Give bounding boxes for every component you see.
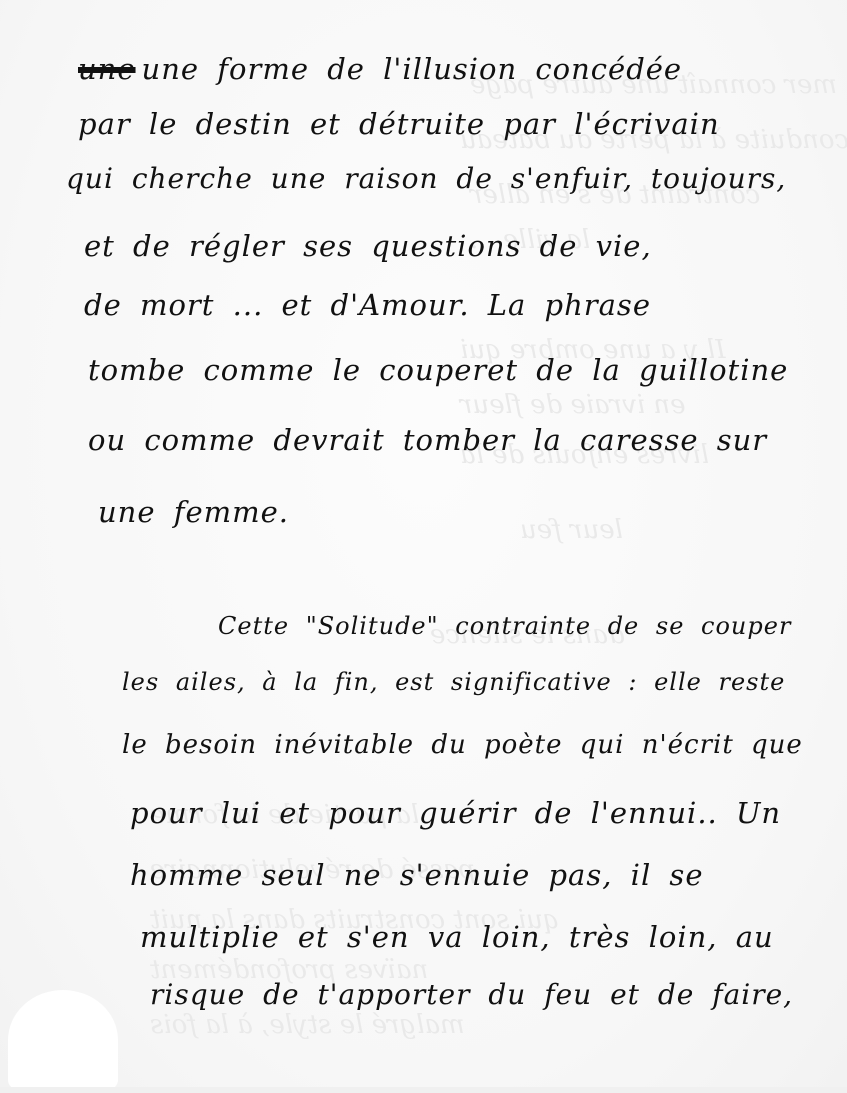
text-line-6: tombe comme le couperet de la guillotine: [88, 353, 788, 387]
text-line-1: uneune forme de l'illusion concédée: [78, 52, 682, 86]
text-line-4: et de régler ses questions de vie,: [84, 229, 652, 263]
page-edge: [0, 1087, 847, 1093]
text-line-9: Cette "Solitude" contrainte de se couper: [218, 612, 791, 640]
text-line-13: homme seul ne s'ennuie pas, il se: [130, 858, 703, 892]
paper-highlight: [8, 990, 118, 1090]
text-line-15: risque de t'apporter du feu et de faire,: [150, 978, 793, 1011]
text-line-8: une femme.: [98, 495, 289, 529]
text-line-11: le besoin inévitable du poète qui n'écri…: [122, 730, 803, 760]
text-line-7: ou comme devrait tomber la caresse sur: [88, 423, 767, 457]
text-line-14: multiplie et s'en va loin, très loin, au: [140, 920, 774, 954]
text-line-2: par le destin et détruite par l'écrivain: [78, 107, 720, 141]
struck-word: une: [78, 52, 136, 86]
line-text: une forme de l'illusion concédée: [142, 52, 683, 86]
text-line-5: de mort ... et d'Amour. La phrase: [84, 288, 651, 322]
text-line-12: pour lui et pour guérir de l'ennui.. Un: [130, 796, 781, 830]
text-line-3: qui cherche une raison de s'enfuir, touj…: [66, 162, 786, 195]
text-line-10: les ailes, à la fin, est significative :…: [122, 668, 785, 696]
manuscript-page: la mer connaît une autre page conduite à…: [0, 0, 847, 1093]
